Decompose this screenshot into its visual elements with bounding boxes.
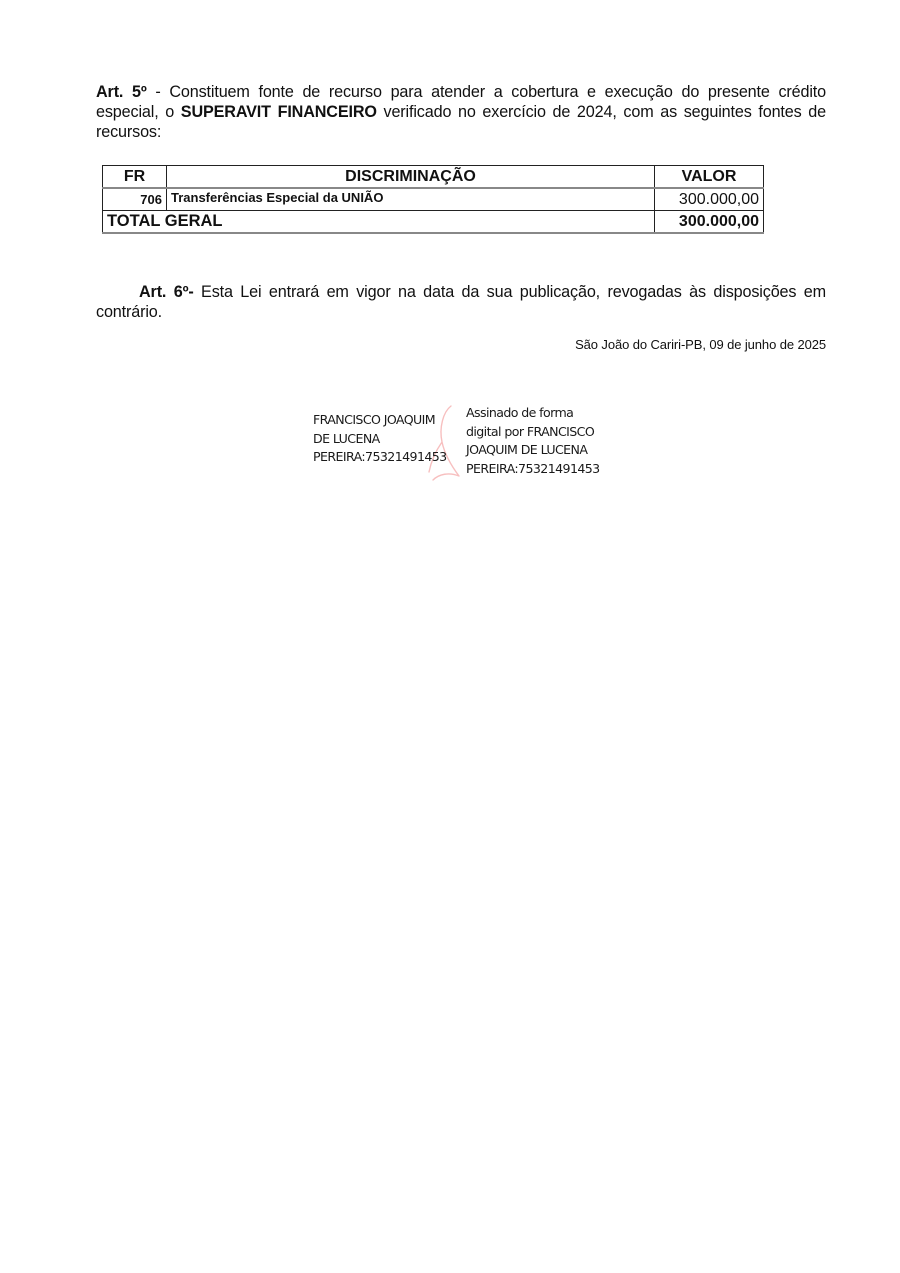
signer-name: FRANCISCO JOAQUIM DE LUCENA PEREIRA:7532… (313, 411, 447, 467)
article-6-paragraph: Art. 6º- Esta Lei entrará em vigor na da… (96, 282, 826, 322)
article-6-text: Esta Lei entrará em vigor na data da sua… (96, 283, 826, 321)
document-page: Art. 5º - Constituem fonte de recurso pa… (0, 0, 900, 1273)
digital-signature-block[interactable]: FRANCISCO JOAQUIM DE LUCENA PEREIRA:7532… (313, 404, 623, 484)
header-valor: VALOR (655, 166, 764, 189)
table-header-row: FR DISCRIMINAÇÃO VALOR (103, 166, 764, 189)
header-fr: FR (103, 166, 167, 189)
article-5-label: Art. 5º (96, 83, 147, 101)
table-row: 706 Transferências Especial da UNIÃO 300… (103, 188, 764, 211)
article-5-paragraph: Art. 5º - Constituem fonte de recurso pa… (96, 82, 826, 142)
article-5-highlight: SUPERAVIT FINANCEIRO (181, 103, 377, 121)
signing-place-date: São João do Cariri-PB, 09 de junho de 20… (575, 337, 826, 352)
signature-note: Assinado de forma digital por FRANCISCO … (466, 404, 600, 478)
cell-valor: 300.000,00 (655, 188, 764, 211)
header-discriminacao: DISCRIMINAÇÃO (167, 166, 655, 189)
article-6-label: Art. 6º- (139, 283, 194, 301)
cell-discriminacao: Transferências Especial da UNIÃO (167, 188, 655, 211)
total-label: TOTAL GERAL (103, 211, 655, 234)
total-valor: 300.000,00 (655, 211, 764, 234)
cell-fr: 706 (103, 188, 167, 211)
funding-sources-table: FR DISCRIMINAÇÃO VALOR 706 Transferência… (102, 165, 764, 234)
table-total-row: TOTAL GERAL 300.000,00 (103, 211, 764, 234)
